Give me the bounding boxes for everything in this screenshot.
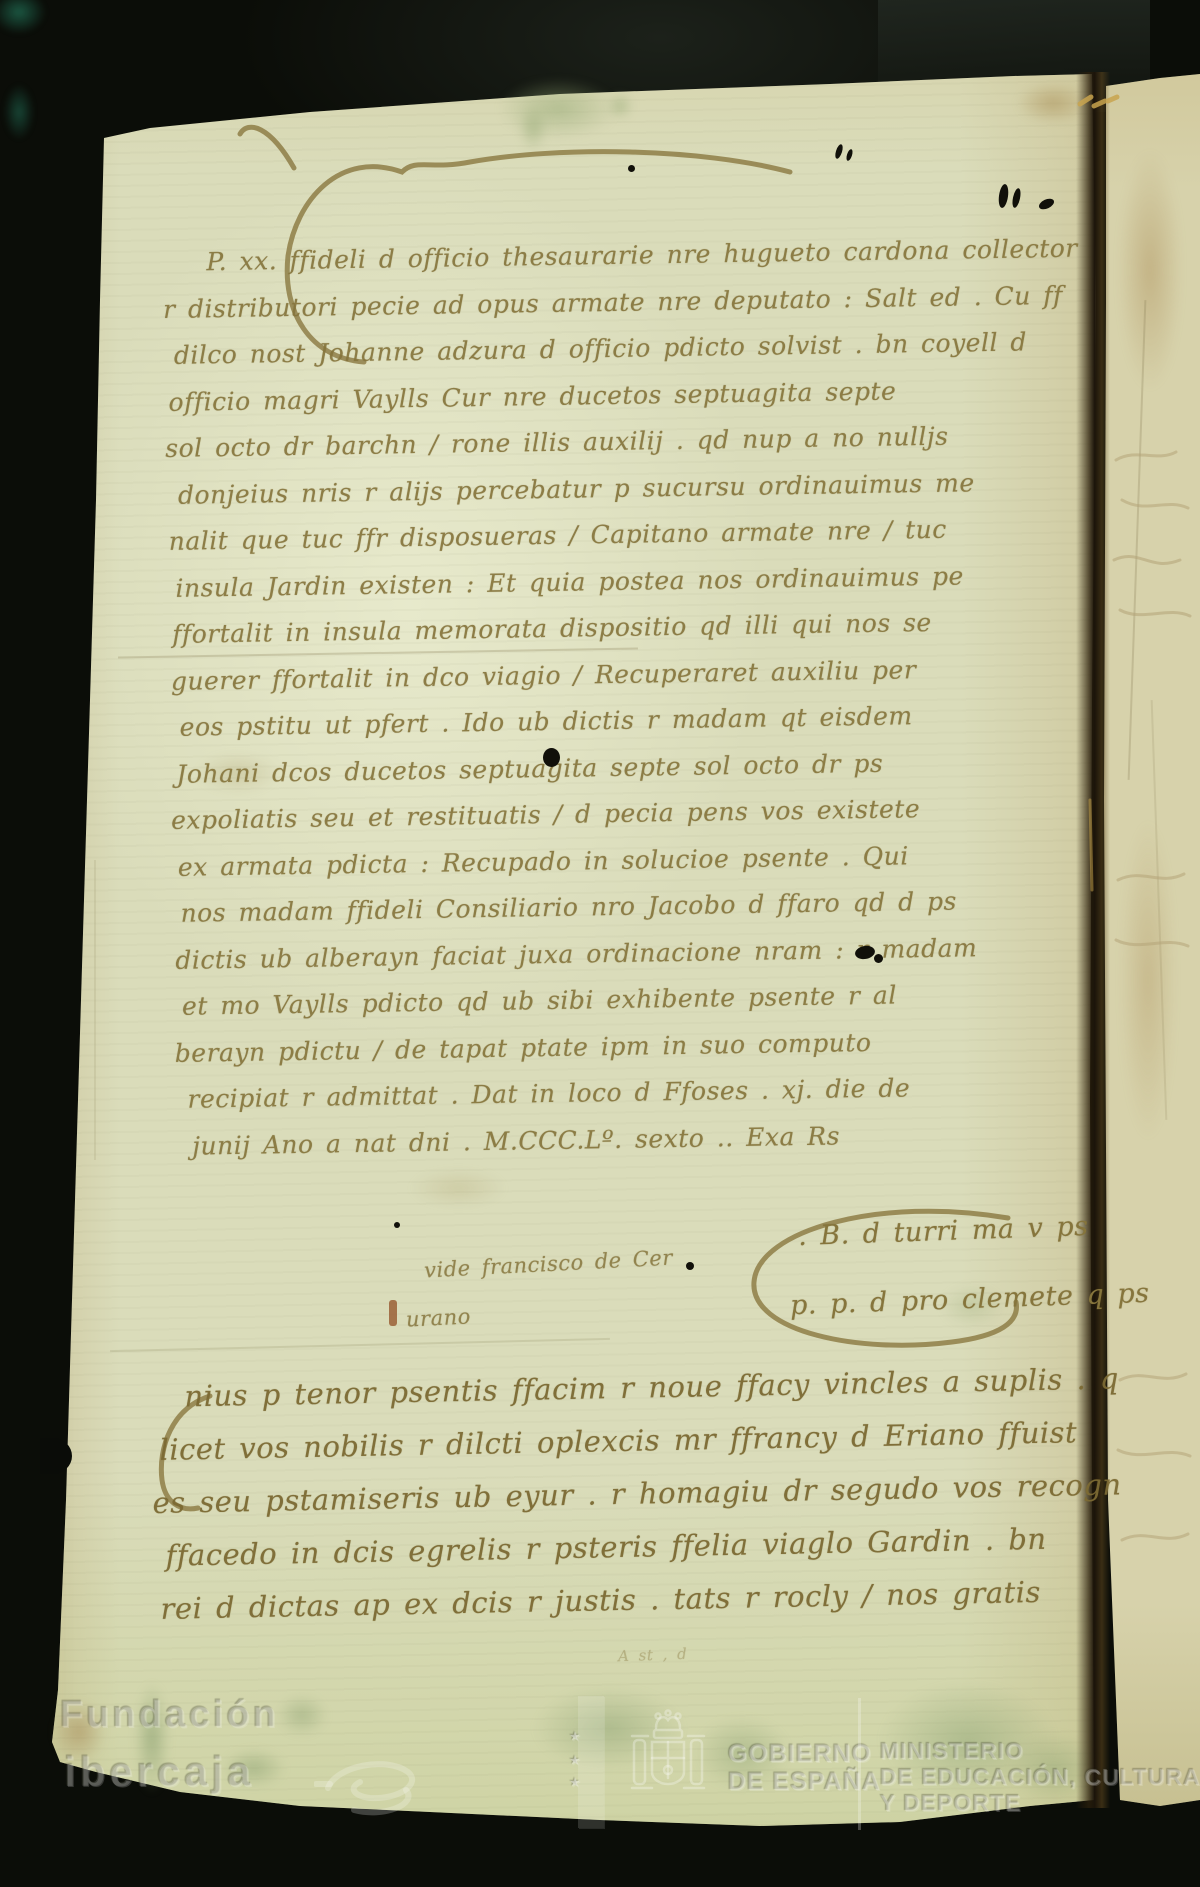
stain	[518, 104, 548, 152]
ministry-watermark-text: DE EDUCACIÓN, CULTURA	[880, 1764, 1200, 1791]
main-text-block: P. xx. ffideli d officio thesaurarie nre…	[162, 228, 947, 1200]
stain	[276, 1694, 328, 1736]
closing-paragraph: nius p tenor psentis ffacim r noue ffacy…	[150, 1356, 975, 1662]
stain	[4, 84, 34, 140]
ink-blot	[874, 954, 883, 963]
ink-blot	[686, 1262, 694, 1270]
manuscript-line: junij Ano a nat dni . M.CCC.Lº. sexto ..…	[192, 1113, 840, 1169]
ibercaja-watermark: Fundación	[60, 1694, 279, 1737]
stain	[0, 0, 46, 34]
archive-photo-scene: P. xx. ffideli d officio thesaurarie nre…	[0, 0, 1200, 1887]
ibercaja-logo-icon	[314, 1746, 434, 1826]
stain	[1120, 820, 1176, 1140]
red-pigment-tick	[389, 1300, 397, 1326]
ministry-watermark-text: Y DEPORTE	[880, 1790, 1022, 1817]
stain	[1118, 150, 1182, 390]
gutter-crease	[1076, 72, 1110, 1808]
star-icon: ★	[570, 1754, 580, 1767]
marginal-note-left: urano	[405, 1304, 471, 1331]
ink-blot	[394, 1222, 400, 1228]
crease-line	[94, 860, 96, 1160]
ministry-watermark-text: MINISTERIO	[880, 1738, 1024, 1765]
star-icon: ★	[570, 1776, 580, 1789]
ink-blot	[543, 748, 560, 767]
flag-bar-icon	[578, 1696, 604, 1828]
star-icon: ★	[570, 1730, 580, 1743]
ibercaja-watermark: ibercaja	[64, 1748, 255, 1796]
ink-blot	[628, 165, 635, 172]
stain	[498, 78, 618, 140]
government-watermark-text: GOBIERNO	[728, 1740, 872, 1769]
stain	[606, 92, 634, 120]
watermark-divider	[858, 1698, 861, 1830]
spain-coat-of-arms-icon	[618, 1708, 718, 1808]
